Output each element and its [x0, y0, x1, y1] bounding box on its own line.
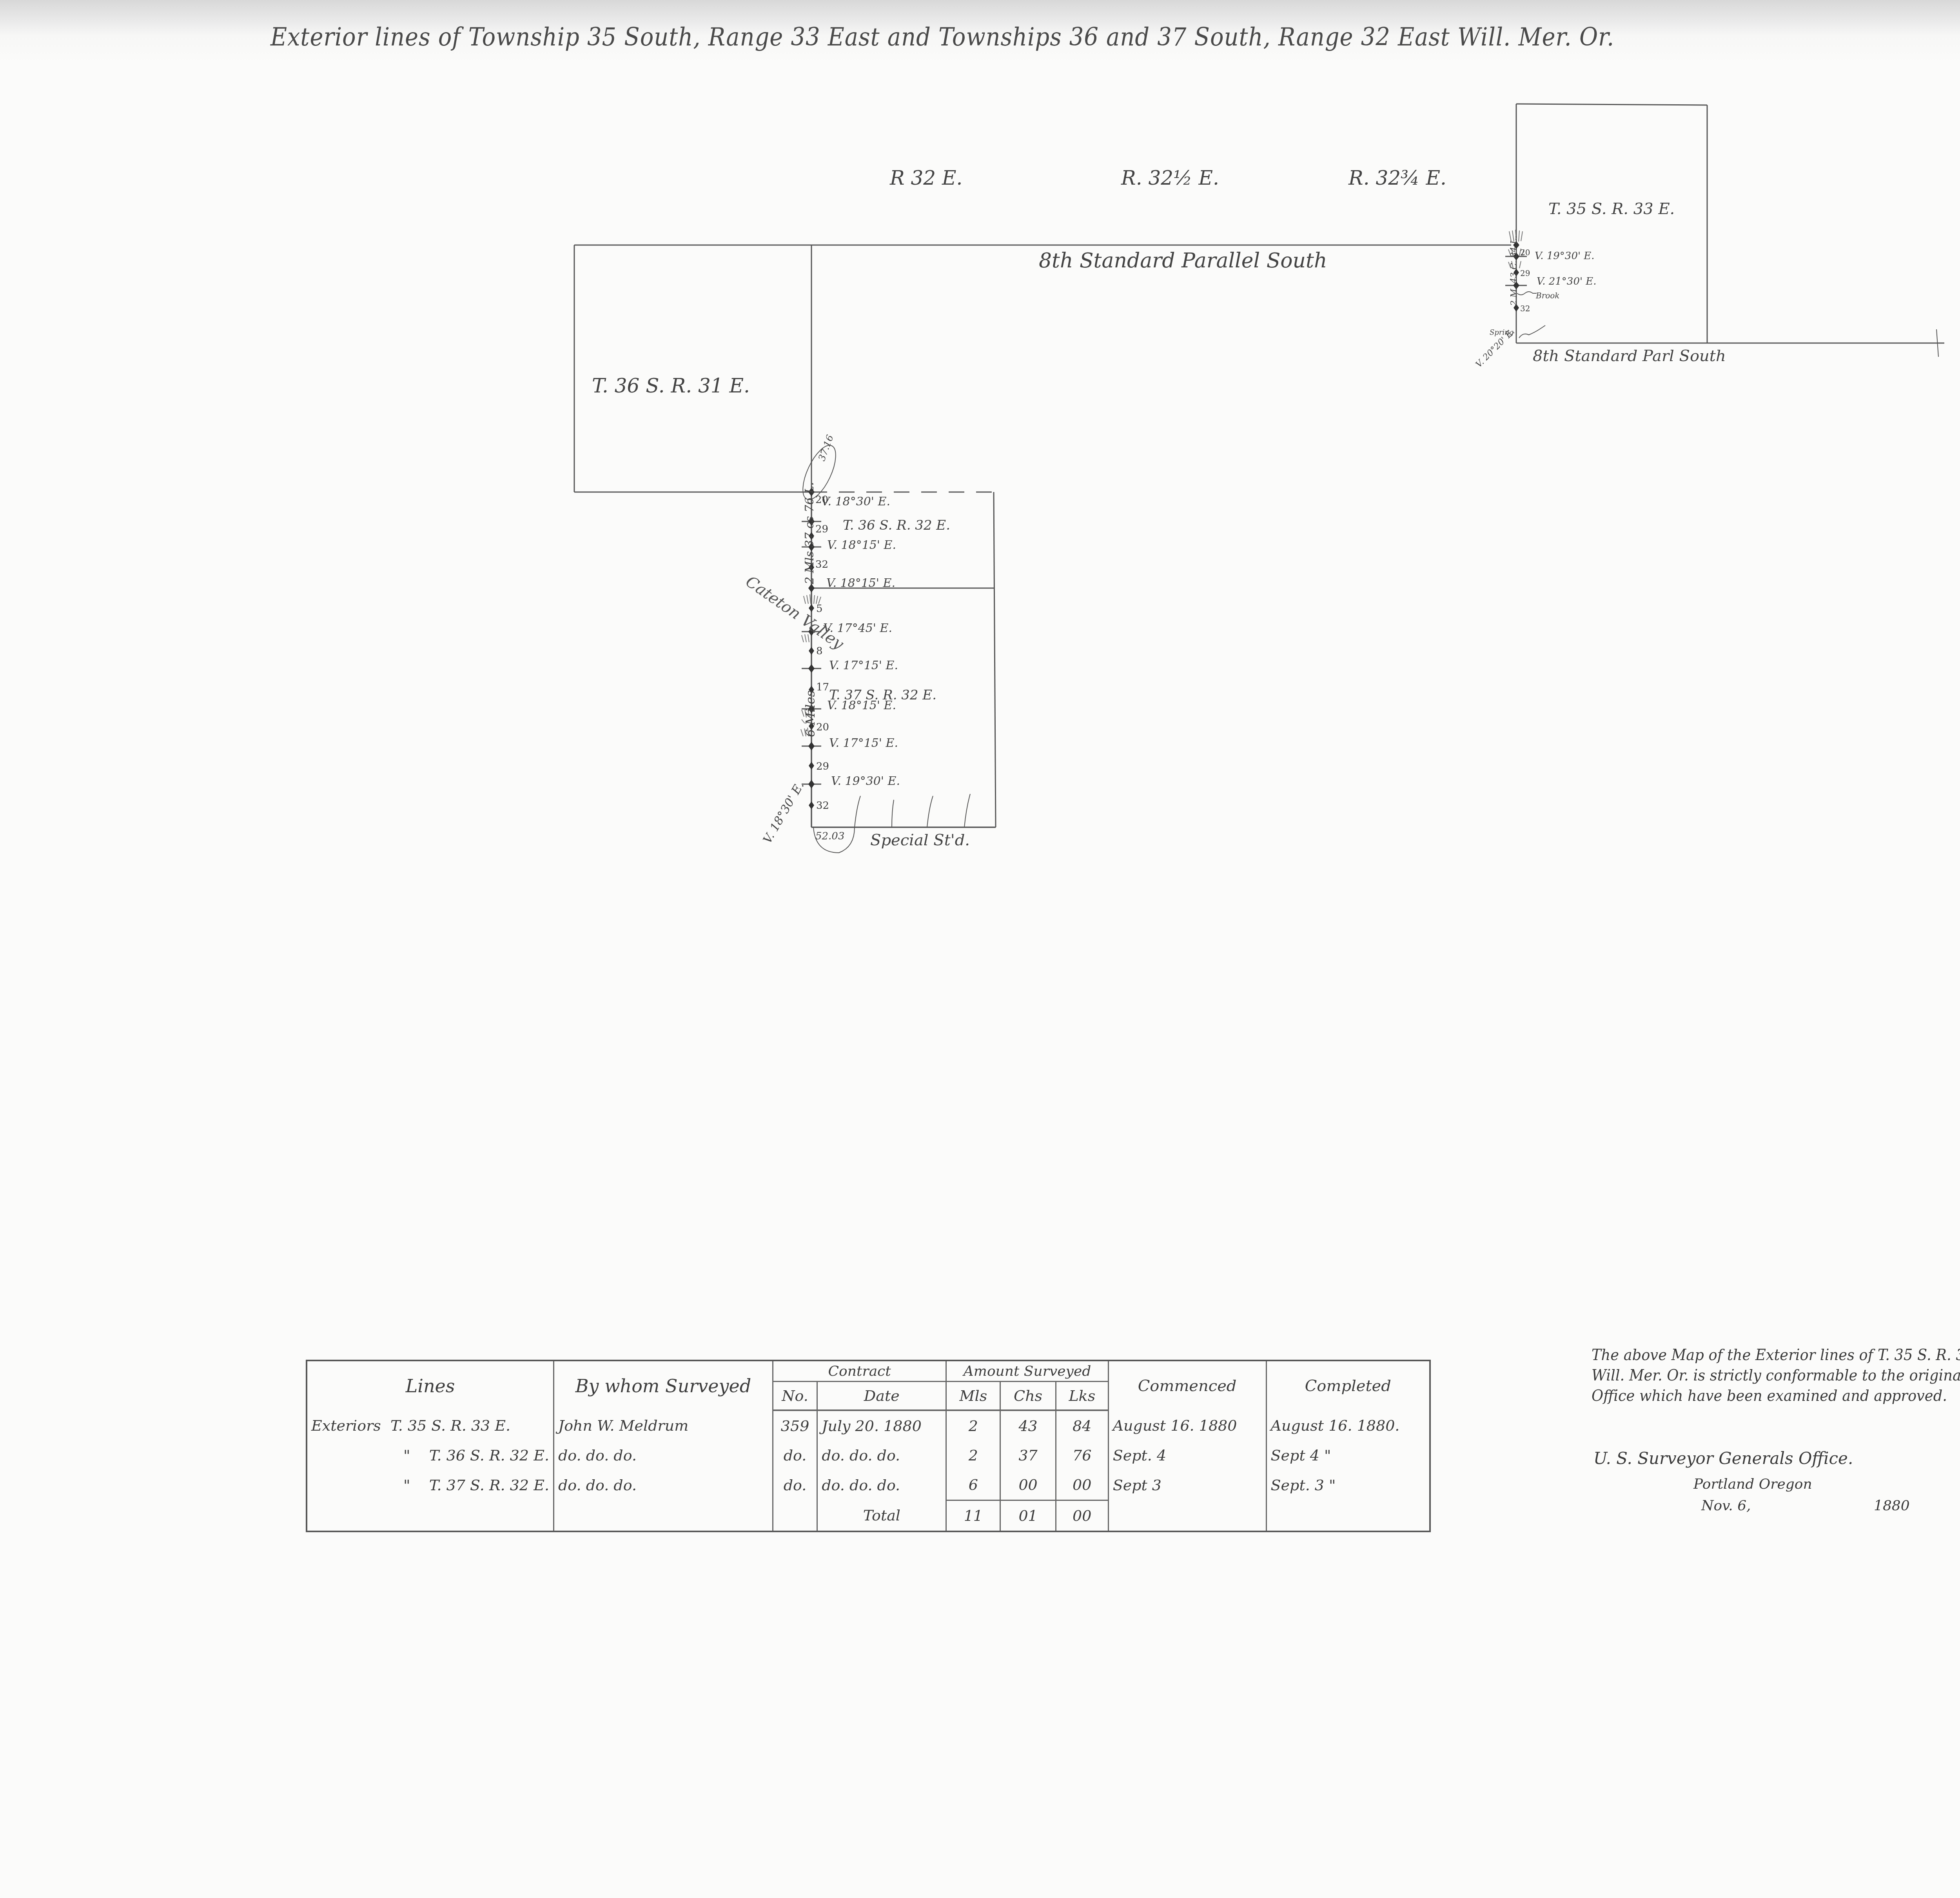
header-contract-no: No.: [773, 1382, 817, 1411]
header-lines: Lines: [307, 1360, 554, 1410]
total-chs: 01: [1000, 1500, 1056, 1531]
header-contract-date: Date: [817, 1382, 946, 1411]
place-label: Portland Oregon: [1693, 1476, 1812, 1492]
header-completed: Completed: [1266, 1360, 1430, 1410]
township-t36-r31: T. 36 S. R. 31 E.: [592, 374, 750, 397]
station-number: 32: [1520, 304, 1530, 313]
t35-north-line: [1516, 104, 1707, 105]
total-lks: 00: [1056, 1500, 1108, 1531]
total-label: Total: [817, 1500, 946, 1531]
survey-summary-table: Lines By whom Surveyed Contract Amount S…: [306, 1360, 1431, 1532]
variation-label: V. 18°15' E.: [827, 699, 896, 712]
cell-commenced: August 16. 1880: [1108, 1410, 1266, 1441]
brook-label: Brook: [1536, 291, 1559, 300]
variation-label: V. 18°30' E.: [821, 495, 890, 509]
township-t36-r32: T. 36 S. R. 32 E.: [843, 518, 950, 533]
station-number: 32: [815, 559, 828, 570]
variation-label: V. 19°30' E.: [1535, 250, 1595, 262]
certification-year: 1880: [1874, 1498, 1910, 1514]
lower-parallel-label: 8th Standard Parl South: [1533, 347, 1726, 365]
range-label-32-three-quarter: R. 32¾ E.: [1348, 167, 1446, 189]
header-commenced: Commenced: [1108, 1360, 1266, 1410]
cell-lks: 00: [1056, 1470, 1108, 1500]
office-label: U. S. Surveyor Generals Office.: [1593, 1449, 1853, 1468]
station-number: 20: [1520, 248, 1530, 257]
table-total-row: Total 11 01 00: [307, 1500, 1430, 1531]
cell-surveyor: do. do. do.: [554, 1470, 773, 1500]
table-row: " T. 37 S. R. 32 E. do. do. do. do. do. …: [307, 1470, 1430, 1500]
cell-lks: 76: [1056, 1441, 1108, 1470]
header-lks: Lks: [1056, 1382, 1108, 1411]
station-number: 17: [816, 681, 829, 693]
variation-label: V. 18°15' E.: [826, 576, 895, 590]
line-distance-t37: 6 Miles: [803, 690, 818, 737]
standard-parallel-label: 8th Standard Parallel South: [1039, 249, 1327, 272]
cell-completed: Sept 4 ": [1266, 1441, 1430, 1470]
t36-t37-east-line: [994, 492, 996, 827]
station-number: 29: [816, 761, 829, 772]
cell-no: do.: [773, 1441, 817, 1470]
cell-lines: Exteriors T. 35 S. R. 33 E.: [307, 1410, 554, 1441]
cell-chs: 43: [1000, 1410, 1056, 1441]
station-number: 32: [816, 800, 829, 812]
header-amount: Amount Surveyed: [946, 1360, 1108, 1382]
cell-date: July 20. 1880: [817, 1410, 946, 1441]
township-t35-r33: T. 35 S. R. 33 E.: [1548, 200, 1675, 218]
survey-plat: [0, 0, 1960, 1898]
station-number: 20: [816, 721, 829, 733]
variation-label: V. 17°15' E.: [829, 736, 898, 750]
variation-label: V. 21°30' E.: [1537, 276, 1597, 287]
cell-mls: 2: [946, 1410, 1000, 1441]
header-contract: Contract: [773, 1360, 946, 1382]
cell-surveyor: John W. Meldrum: [554, 1410, 773, 1441]
total-mls: 11: [946, 1500, 1000, 1531]
range-label-32: R 32 E.: [890, 167, 962, 189]
station-number: 29: [815, 523, 828, 535]
station-number: 29: [1520, 269, 1530, 278]
cell-commenced: Sept 3: [1108, 1470, 1266, 1500]
header-mls: Mls: [946, 1382, 1000, 1411]
cell-date: do. do. do.: [817, 1470, 946, 1500]
station-number: 5: [816, 603, 823, 615]
certification-date: Nov. 6,: [1701, 1498, 1751, 1514]
cell-no: do.: [773, 1470, 817, 1500]
special-standard-label: Special St'd.: [870, 831, 970, 849]
cell-mls: 2: [946, 1441, 1000, 1470]
circled-value: 52.03: [815, 830, 844, 842]
cell-completed: August 16. 1880.: [1266, 1410, 1430, 1441]
cell-no: 359: [773, 1410, 817, 1441]
cell-date: do. do. do.: [817, 1441, 946, 1470]
line-distance-t35: 2 M. 43 C. 84 L.: [1509, 236, 1519, 306]
variation-label: V. 19°30' E.: [831, 774, 900, 788]
cell-chs: 00: [1000, 1470, 1056, 1500]
line-distance-t36: 2 Mls 37 cs 76 L.: [803, 482, 817, 584]
table-row: " T. 36 S. R. 32 E. do. do. do. do. do. …: [307, 1441, 1430, 1470]
cell-lks: 84: [1056, 1410, 1108, 1441]
cell-surveyor: do. do. do.: [554, 1441, 773, 1470]
cell-lines: " T. 37 S. R. 32 E.: [307, 1470, 554, 1500]
cell-lines: " T. 36 S. R. 32 E.: [307, 1441, 554, 1470]
cell-chs: 37: [1000, 1441, 1056, 1470]
header-by-whom: By whom Surveyed: [554, 1360, 773, 1410]
variation-label: V. 18°15' E.: [827, 538, 896, 552]
cell-commenced: Sept. 4: [1108, 1441, 1266, 1470]
cell-mls: 6: [946, 1470, 1000, 1500]
cell-completed: Sept. 3 ": [1266, 1470, 1430, 1500]
spring-label: Spring: [1490, 329, 1514, 337]
certification-text: The above Map of the Exterior lines of T…: [1592, 1345, 1960, 1406]
variation-label: V. 17°15' E.: [829, 659, 898, 672]
station-number: 20: [815, 494, 828, 506]
header-chs: Chs: [1000, 1382, 1056, 1411]
range-label-32-half: R. 32½ E.: [1121, 167, 1219, 189]
table-row: Exteriors T. 35 S. R. 33 E. John W. Meld…: [307, 1410, 1430, 1441]
station-number: 8: [816, 645, 823, 657]
